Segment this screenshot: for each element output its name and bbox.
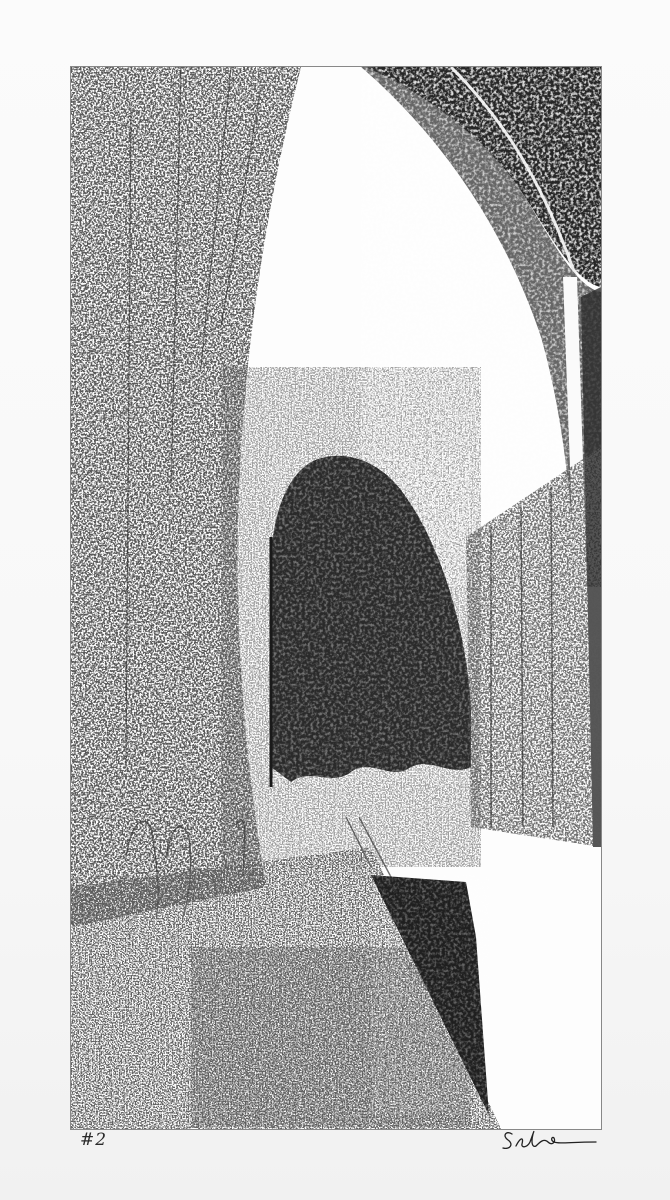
print-image [71, 67, 601, 1129]
signature-scribble-icon [500, 1124, 600, 1154]
print-plate [70, 66, 602, 1130]
edition-mark: #2 [80, 1130, 107, 1150]
right-wall [461, 437, 601, 857]
artist-signature: Selko [500, 1124, 600, 1154]
